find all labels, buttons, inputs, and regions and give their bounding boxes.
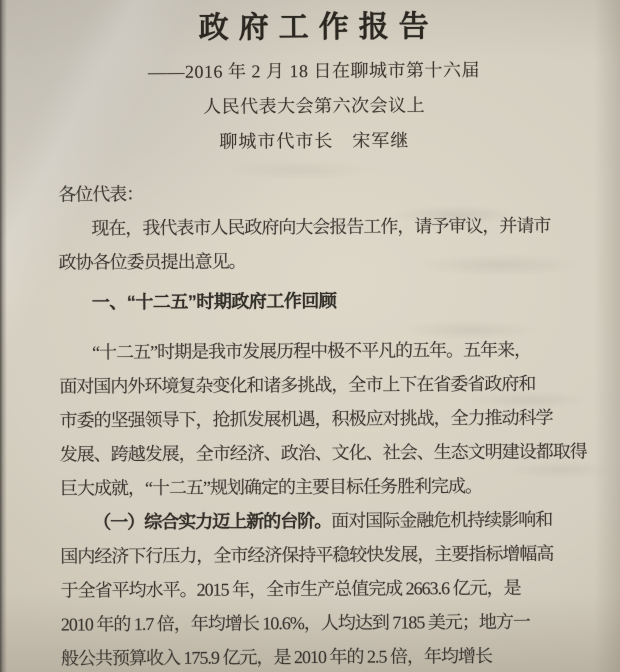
report-title: 政府工作报告 xyxy=(57,0,570,47)
text-line: “十二五”时期是我市发展历程中极不平凡的五年。五年来， xyxy=(59,332,572,369)
opening-paragraph: 现在，我代表市人民政府向大会报告工作，请予审议，并请市 政协各位委员提出意见。 xyxy=(58,208,571,279)
page-content: 政府工作报告 ——2016 年 2 月 18 日在聊城市第十六届 人民代表大会第… xyxy=(57,0,574,672)
salutation: 各位代表： xyxy=(58,174,571,211)
paragraph-lead: （一）综合实力迈上新的台阶。 xyxy=(93,511,331,532)
overview-paragraph: “十二五”时期是我市发展历程中极不平凡的五年。五年来， 面对国内外环境复杂变化和… xyxy=(59,332,573,505)
report-subtitle-line-2: 人民代表大会第六次会议上 xyxy=(58,91,571,120)
report-speaker: 聊城市代市长 宋军继 xyxy=(58,126,571,155)
text-line: 面对国内外环境复杂变化和诸多挑战，全市上下在省委省政府和 xyxy=(59,366,572,403)
text-line: 于全省平均水平。2015 年，全市生产总值完成 2663.6 亿元，是 xyxy=(60,570,573,607)
text-line: 发展、跨越发展，全市经济、政治、文化、社会、生态文明建设都取得 xyxy=(60,434,573,471)
document-photo: 政府工作报告 ——2016 年 2 月 18 日在聊城市第十六届 人民代表大会第… xyxy=(0,0,620,672)
text-line: 政协各位委员提出意见。 xyxy=(58,242,571,279)
text-line: 巨大成就，“十二五”规划确定的主要目标任务胜利完成。 xyxy=(60,468,573,505)
section-1-heading: 一、“十二五”时期政府工作回顾 xyxy=(59,282,572,319)
report-subtitle-line-1: ——2016 年 2 月 18 日在聊城市第十六届 xyxy=(57,56,570,85)
text-line: 现在，我代表市人民政府向大会报告工作，请予审议，并请市 xyxy=(58,208,571,245)
text-line: 国内经济下行压力，全市经济保持平稳较快发展，主要指标增幅高 xyxy=(60,536,573,573)
text-line: 般公共预算收入 175.9 亿元，是 2010 年的 2.5 倍，年均增长 xyxy=(61,638,574,672)
text-line: 市委的坚强领导下，抢抓发展机遇，积极应对挑战，全力推动科学 xyxy=(59,400,572,437)
text-line: 2010 年的 1.7 倍，年均增长 10.6%，人均达到 7185 美元；地方… xyxy=(61,604,574,641)
text-line: （一）综合实力迈上新的台阶。面对国际金融危机持续影响和 xyxy=(60,502,573,539)
strength-paragraph: （一）综合实力迈上新的台阶。面对国际金融危机持续影响和 国内经济下行压力，全市经… xyxy=(60,502,574,672)
paragraph-lead-rest: 面对国际金融危机持续影响和 xyxy=(331,510,552,531)
